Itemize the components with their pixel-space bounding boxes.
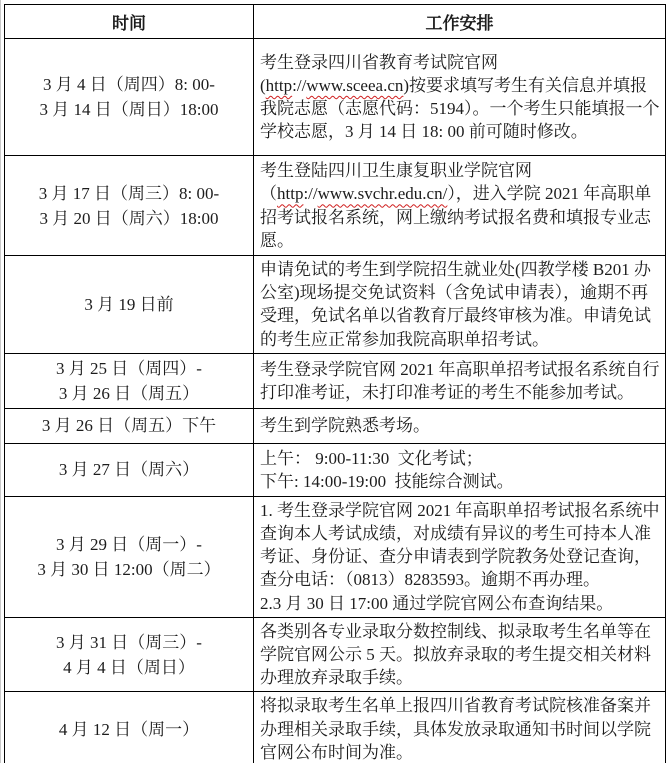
time-cell: 3 月 31 日（周三）-4 月 4 日（周日） (5, 617, 254, 692)
time-line: 3 月 20 日（周六）18:00 (9, 206, 249, 231)
time-line: 4 月 12 日（周一） (9, 717, 249, 742)
work-cell: 申请免试的考生到学院招生就业处(四教学楼 B201 办公室)现场提交免试资料（含… (254, 256, 666, 354)
time-cell: 3 月 26 日（周五）下午 (5, 408, 254, 443)
url-text: www.svchr.edu.cn/ (318, 184, 448, 203)
work-text: 各类别各专业录取分数控制线、拟录取考生名单等在学院官网公示 5 天。拟放弃录取的… (260, 622, 651, 687)
time-cell: 3 月 4 日（周四）8: 00-3 月 14 日（周日）18:00 (5, 39, 254, 156)
work-text: 将拟录取考生名单上报四川省教育考试院核准备案并办理相关录取手续，具体发放录取通知… (260, 696, 651, 761)
url-text: http (277, 184, 303, 203)
time-line: 3 月 4 日（周四）8: 00- (9, 72, 249, 97)
work-text: :// (303, 184, 317, 203)
header-row: 时间 工作安排 (5, 5, 666, 39)
time-line: 3 月 26 日（周五） (9, 381, 249, 406)
table-row: 3 月 26 日（周五）下午考生到学院熟悉考场。 (5, 408, 666, 443)
work-cell: 1. 考生登录学院官网 2021 年高职单招考试报名系统中查询本人考试成绩，对成… (254, 496, 666, 617)
work-text: :// (292, 76, 306, 95)
work-text: 考生到学院熟悉考场。 (260, 416, 430, 435)
work-text: 1. 考生登录学院官网 2021 年高职单招考试报名系统中查询本人考试成绩，对成… (260, 501, 660, 613)
schedule-body: 3 月 4 日（周四）8: 00-3 月 14 日（周日）18:00考生登录四川… (5, 39, 666, 763)
table-row: 3 月 29 日（周一）-3 月 30 日 12:00（周二）1. 考生登录学院… (5, 496, 666, 617)
work-cell: 考生登录学院官网 2021 年高职单招考试报名系统自行打印准考证，未打印准考证的… (254, 353, 666, 408)
work-cell: 上午： 9:00-11:30 文化考试； 下午: 14:00-19:00 技能综… (254, 443, 666, 496)
time-line: 3 月 31 日（周三）- (9, 630, 249, 655)
header-time: 时间 (5, 5, 254, 39)
work-cell: 考生登录四川省教育考试院官网 (http://www.sceea.cn)按要求填… (254, 39, 666, 156)
time-line: 4 月 4 日（周日） (9, 655, 249, 680)
table-row: 4 月 12 日（周一）将拟录取考生名单上报四川省教育考试院核准备案并办理相关录… (5, 692, 666, 763)
time-cell: 3 月 19 日前 (5, 256, 254, 354)
work-text: 上午： 9:00-11:30 文化考试； 下午: 14:00-19:00 技能综… (260, 449, 514, 491)
table-row: 3 月 31 日（周三）-4 月 4 日（周日）各类别各专业录取分数控制线、拟录… (5, 617, 666, 692)
work-cell: 考生到学院熟悉考场。 (254, 408, 666, 443)
url-text: http (266, 76, 292, 95)
schedule-table: 时间 工作安排 3 月 4 日（周四）8: 00-3 月 14 日（周日）18:… (4, 4, 666, 763)
time-cell: 3 月 29 日（周一）-3 月 30 日 12:00（周二） (5, 496, 254, 617)
time-cell: 3 月 17 日（周三）8: 00-3 月 20 日（周六）18:00 (5, 156, 254, 256)
url-text: www.sceea.cn (306, 76, 403, 95)
document-page: 时间 工作安排 3 月 4 日（周四）8: 00-3 月 14 日（周日）18:… (0, 0, 669, 763)
time-line: 3 月 17 日（周三）8: 00- (9, 181, 249, 206)
work-text: 考生登录学院官网 2021 年高职单招考试报名系统自行打印准考证，未打印准考证的… (260, 360, 660, 402)
table-row: 3 月 27 日（周六）上午： 9:00-11:30 文化考试； 下午: 14:… (5, 443, 666, 496)
time-cell: 4 月 12 日（周一） (5, 692, 254, 763)
table-row: 3 月 17 日（周三）8: 00-3 月 20 日（周六）18:00考生登陆四… (5, 156, 666, 256)
time-line: 3 月 19 日前 (9, 292, 249, 317)
time-cell: 3 月 27 日（周六） (5, 443, 254, 496)
work-cell: 各类别各专业录取分数控制线、拟录取考生名单等在学院官网公示 5 天。拟放弃录取的… (254, 617, 666, 692)
table-row: 3 月 25 日（周四）-3 月 26 日（周五）考生登录学院官网 2021 年… (5, 353, 666, 408)
time-line: 3 月 26 日（周五）下午 (9, 413, 249, 438)
time-line: 3 月 30 日 12:00（周二） (9, 557, 249, 582)
table-row: 3 月 19 日前申请免试的考生到学院招生就业处(四教学楼 B201 办公室)现… (5, 256, 666, 354)
time-line: 3 月 29 日（周一）- (9, 532, 249, 557)
work-cell: 考生登陆四川卫生康复职业学院官网 （http://www.svchr.edu.c… (254, 156, 666, 256)
table-row: 3 月 4 日（周四）8: 00-3 月 14 日（周日）18:00考生登录四川… (5, 39, 666, 156)
work-text: 申请免试的考生到学院招生就业处(四教学楼 B201 办公室)现场提交免试资料（含… (260, 260, 651, 349)
work-cell: 将拟录取考生名单上报四川省教育考试院核准备案并办理相关录取手续，具体发放录取通知… (254, 692, 666, 763)
time-line: 3 月 14 日（周日）18:00 (9, 97, 249, 122)
time-line: 3 月 27 日（周六） (9, 457, 249, 482)
header-work: 工作安排 (254, 5, 666, 39)
time-cell: 3 月 25 日（周四）-3 月 26 日（周五） (5, 353, 254, 408)
time-line: 3 月 25 日（周四）- (9, 356, 249, 381)
